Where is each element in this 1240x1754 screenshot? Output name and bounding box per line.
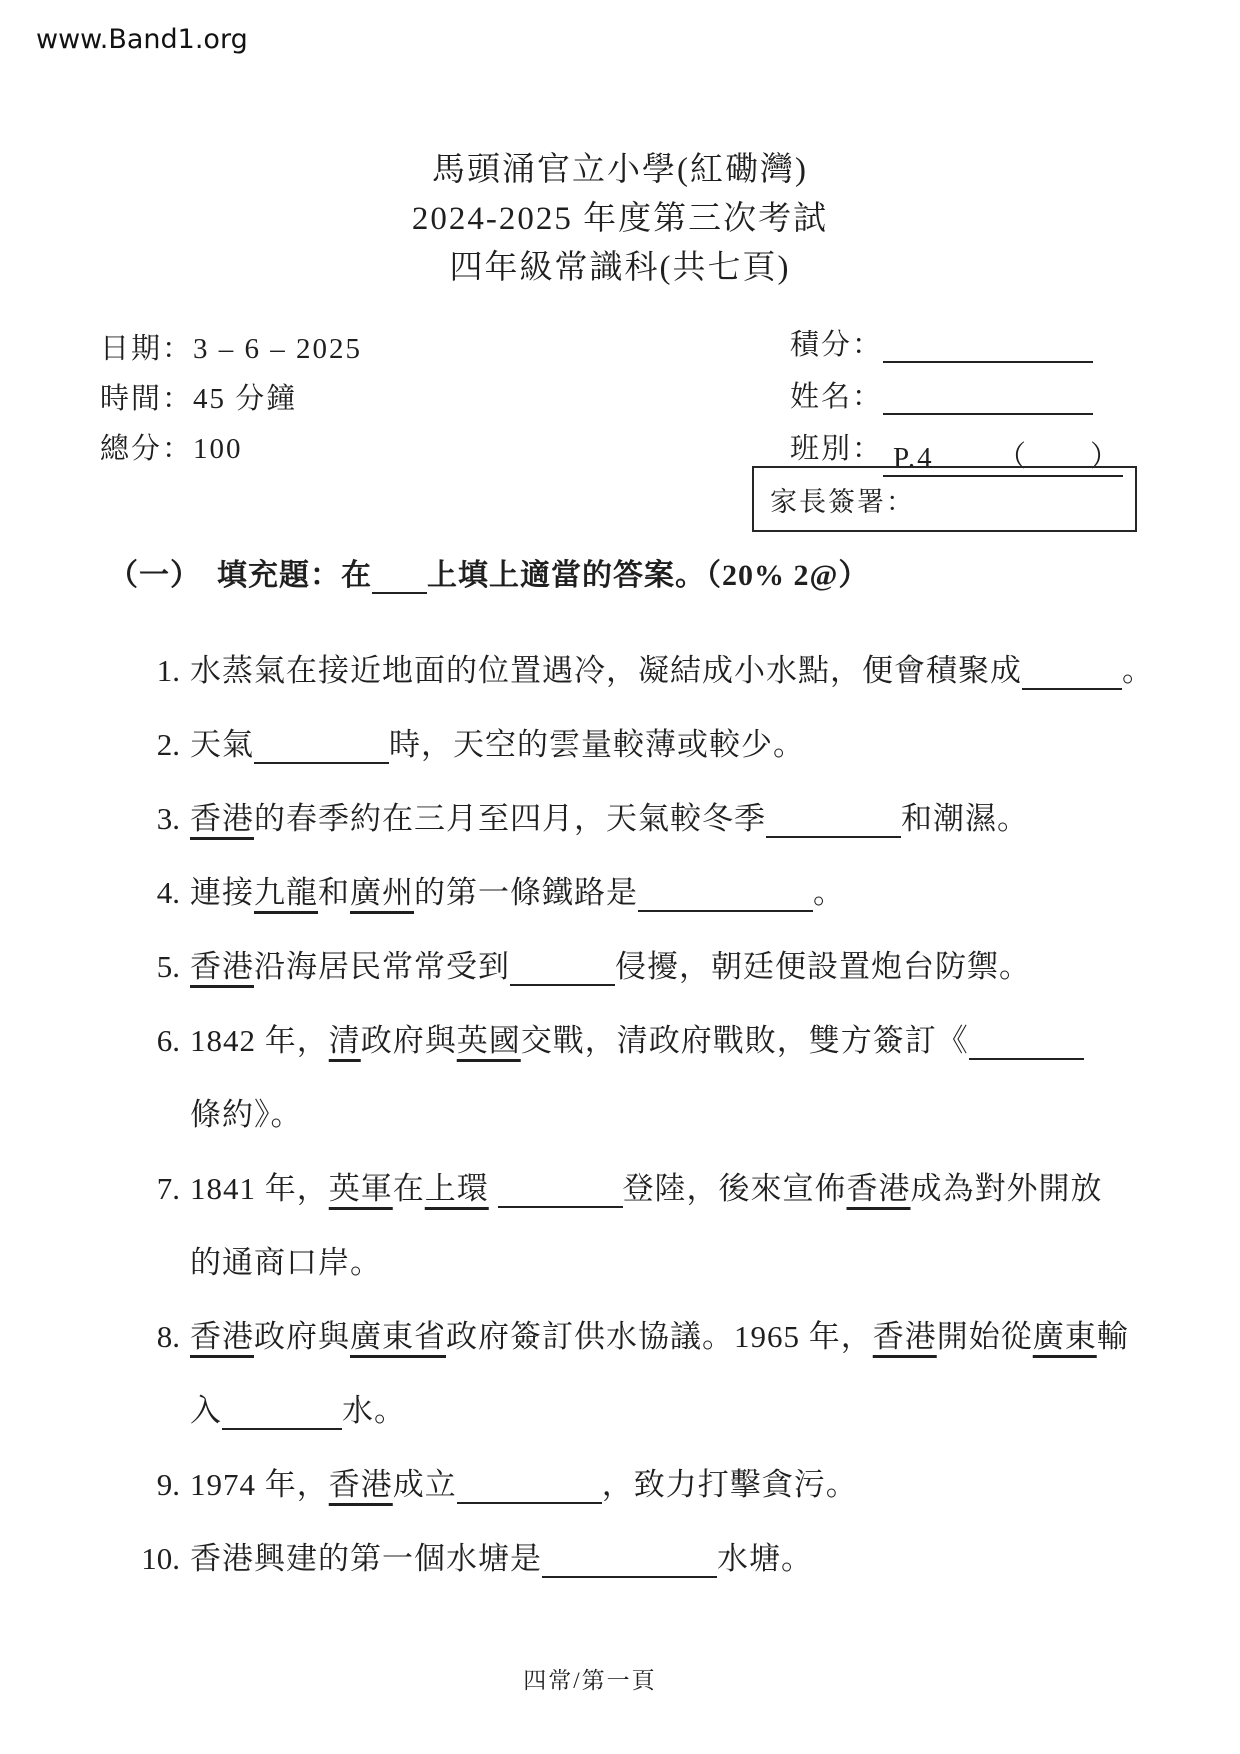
score-blank-line bbox=[883, 325, 1093, 363]
time-row: 時間：45 分鐘 bbox=[100, 376, 362, 426]
question-number: 3. bbox=[128, 782, 190, 856]
name-label: 姓名： bbox=[790, 381, 883, 413]
question-number: 9. bbox=[128, 1448, 190, 1522]
section-one-heading: （一） 填充題：在上填上適當的答案。（20% 2@） bbox=[108, 550, 869, 594]
total-value: 100 bbox=[193, 433, 243, 465]
underlined-term: 廣州 bbox=[350, 875, 414, 910]
parent-signature-box: 家長簽署： bbox=[752, 466, 1137, 532]
time-value: 45 分鐘 bbox=[193, 383, 297, 415]
underlined-term: 清 bbox=[329, 1023, 361, 1058]
question-text: 香港沿海居民常常受到侵擾，朝廷便設置炮台防禦。 bbox=[190, 930, 1185, 1004]
answer-blank bbox=[638, 874, 813, 912]
question-number: 2. bbox=[128, 708, 190, 782]
answer-blank bbox=[498, 1170, 623, 1208]
question-number: 1. bbox=[128, 634, 190, 708]
name-row: 姓名： bbox=[790, 374, 1123, 426]
date-row: 日期：3 – 6 – 2025 bbox=[100, 326, 362, 376]
question-number: 10. bbox=[128, 1522, 190, 1596]
underlined-term: 香港 bbox=[329, 1467, 393, 1502]
underlined-term: 廣東 bbox=[1033, 1319, 1097, 1354]
answer-blank bbox=[766, 800, 901, 838]
underlined-term: 香港 bbox=[847, 1171, 911, 1206]
question-row: 6. 1842 年，清政府與英國交戰，清政府戰敗，雙方簽訂《條約》。 bbox=[128, 1004, 1185, 1152]
score-label: 積分： bbox=[790, 329, 883, 361]
answer-blank bbox=[542, 1540, 717, 1578]
answer-blank bbox=[969, 1022, 1084, 1060]
date-label: 日期： bbox=[100, 333, 193, 365]
answer-blank bbox=[1022, 652, 1122, 690]
total-score-row: 總分：100 bbox=[100, 426, 362, 476]
question-number: 6. bbox=[128, 1004, 190, 1152]
underlined-term: 香港 bbox=[190, 801, 254, 836]
question-text: 1841 年，英軍在上環 登陸，後來宣佈香港成為對外開放的通商口岸。 bbox=[190, 1152, 1185, 1300]
score-row: 積分： bbox=[790, 322, 1123, 374]
question-row: 7. 1841 年，英軍在上環 登陸，後來宣佈香港成為對外開放的通商口岸。 bbox=[128, 1152, 1185, 1300]
answer-blank bbox=[254, 726, 389, 764]
question-row: 8. 香港政府與廣東省政府簽訂供水協議。1965 年，香港開始從廣東輸入水。 bbox=[128, 1300, 1185, 1448]
total-label: 總分： bbox=[100, 433, 193, 465]
underlined-term: 廣東省 bbox=[350, 1319, 446, 1354]
question-text: 1974 年，香港成立，致力打擊貪污。 bbox=[190, 1448, 1185, 1522]
question-row: 10. 香港興建的第一個水塘是水塘。 bbox=[128, 1522, 1185, 1596]
question-text: 天氣時，天空的雲量較薄或較少。 bbox=[190, 708, 1185, 782]
underlined-term: 香港 bbox=[190, 949, 254, 984]
question-number: 8. bbox=[128, 1300, 190, 1448]
exam-info-left: 日期：3 – 6 – 2025 時間：45 分鐘 總分：100 bbox=[100, 326, 362, 476]
question-row: 1. 水蒸氣在接近地面的位置遇冷，凝結成小水點，便會積聚成。 bbox=[128, 634, 1185, 708]
date-value: 3 – 6 – 2025 bbox=[193, 333, 362, 365]
underlined-term: 英軍 bbox=[329, 1171, 393, 1206]
site-watermark: www.Band1.org bbox=[36, 24, 248, 55]
question-row: 4. 連接九龍和廣州的第一條鐵路是。 bbox=[128, 856, 1185, 930]
question-text: 水蒸氣在接近地面的位置遇冷，凝結成小水點，便會積聚成。 bbox=[190, 634, 1185, 708]
question-number: 7. bbox=[128, 1152, 190, 1300]
underlined-term: 香港 bbox=[873, 1319, 937, 1354]
question-text: 香港政府與廣東省政府簽訂供水協議。1965 年，香港開始從廣東輸入水。 bbox=[190, 1300, 1185, 1448]
answer-blank bbox=[372, 556, 427, 594]
page-footer: 四常/第一頁 bbox=[0, 1662, 1180, 1695]
exam-info-right: 積分： 姓名： 班別：P.4（ ） bbox=[790, 322, 1123, 478]
question-text: 香港興建的第一個水塘是水塘。 bbox=[190, 1522, 1185, 1596]
question-row: 9. 1974 年，香港成立，致力打擊貪污。 bbox=[128, 1448, 1185, 1522]
exam-paper-page: { "watermark": "www.Band1.org", "header"… bbox=[0, 0, 1240, 1754]
question-number: 5. bbox=[128, 930, 190, 1004]
question-text: 香港的春季約在三月至四月，天氣較冬季和潮濕。 bbox=[190, 782, 1185, 856]
name-blank-line bbox=[883, 377, 1093, 415]
answer-blank bbox=[510, 948, 615, 986]
subject-line: 四年級常識科(共七頁) bbox=[0, 244, 1240, 293]
school-name: 馬頭涌官立小學(紅磡灣) bbox=[0, 146, 1240, 195]
answer-blank bbox=[222, 1392, 342, 1430]
underlined-term: 上環 bbox=[425, 1171, 489, 1206]
time-label: 時間： bbox=[100, 383, 193, 415]
underlined-term: 英國 bbox=[457, 1023, 521, 1058]
class-label: 班別： bbox=[790, 433, 883, 465]
question-number: 4. bbox=[128, 856, 190, 930]
questions-list: 1. 水蒸氣在接近地面的位置遇冷，凝結成小水點，便會積聚成。 2. 天氣時，天空… bbox=[128, 634, 1185, 1596]
exam-title: 2024-2025 年度第三次考試 bbox=[0, 195, 1240, 244]
question-row: 3. 香港的春季約在三月至四月，天氣較冬季和潮濕。 bbox=[128, 782, 1185, 856]
parent-signature-label: 家長簽署： bbox=[754, 468, 1135, 519]
question-text: 1842 年，清政府與英國交戰，清政府戰敗，雙方簽訂《條約》。 bbox=[190, 1004, 1185, 1152]
question-row: 5. 香港沿海居民常常受到侵擾，朝廷便設置炮台防禦。 bbox=[128, 930, 1185, 1004]
underlined-term: 香港 bbox=[190, 1319, 254, 1354]
exam-header: 馬頭涌官立小學(紅磡灣) 2024-2025 年度第三次考試 四年級常識科(共七… bbox=[0, 146, 1240, 293]
question-row: 2. 天氣時，天空的雲量較薄或較少。 bbox=[128, 708, 1185, 782]
answer-blank bbox=[457, 1466, 602, 1504]
question-text: 連接九龍和廣州的第一條鐵路是。 bbox=[190, 856, 1185, 930]
underlined-term: 九龍 bbox=[254, 875, 318, 910]
